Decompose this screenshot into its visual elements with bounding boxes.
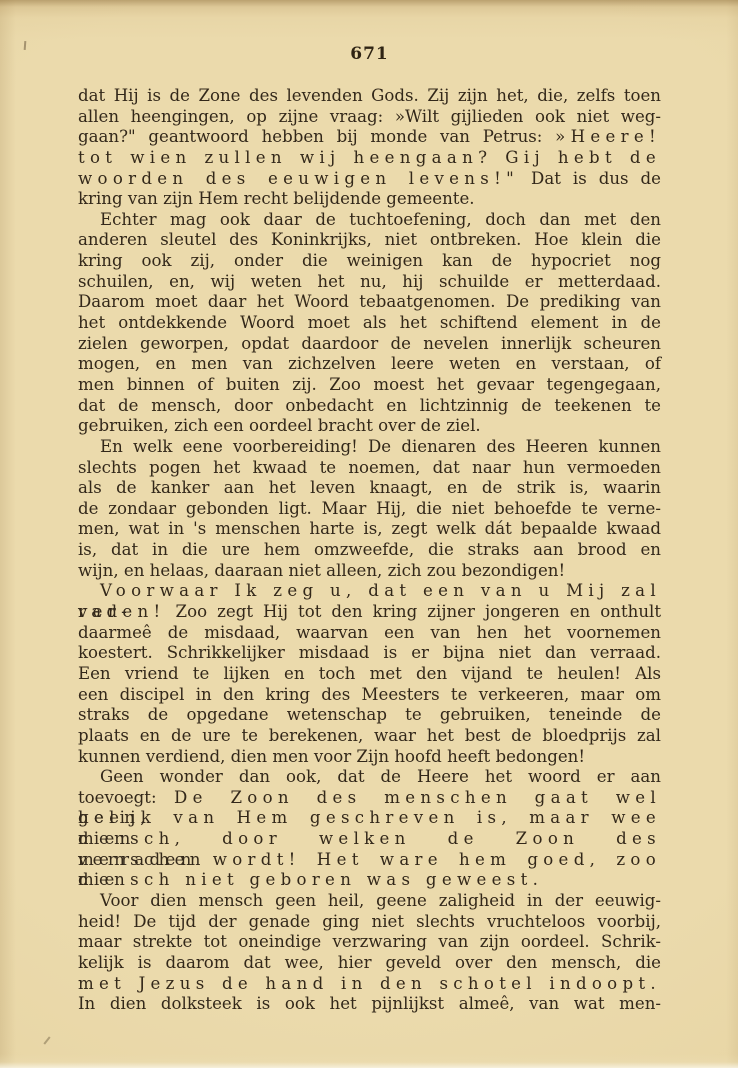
text-line: een discipel in den kring des Meesters t… (78, 685, 661, 706)
body-text: Daarom moet daar het Woord tebaatgenomen… (78, 292, 661, 311)
text-line: maar strekte tot oneindige verzwaring va… (78, 932, 661, 953)
scan-artifact (43, 1036, 50, 1044)
body-text: dat Hij is de Zone des levenden Gods. Zi… (78, 86, 661, 105)
text-line: kring van zijn Hem recht belijdende geme… (78, 189, 661, 210)
text-line: kring ook zij, onder die weinigen kan de… (78, 251, 661, 272)
text-line: dat Hij is de Zone des levenden Gods. Zi… (78, 86, 661, 107)
text-line: schuilen, en, wij weten het nu, hij schu… (78, 272, 661, 293)
body-text: zielen geworpen, opdat daardoor de nevel… (78, 334, 661, 353)
text-line: daarmeê de misdaad, waarvan een van hen … (78, 623, 661, 644)
text-line: Voorwaar Ik zeg u, dat een van u Mij zal… (78, 581, 661, 602)
text-line: En welk eene voorbereiding! De dienaren … (78, 437, 661, 458)
text-line: Geen wonder dan ook, dat de Heere het wo… (78, 767, 661, 788)
body-text: Geen wonder dan ook, dat de Heere het wo… (78, 767, 661, 786)
body-text: de zondaar gebonden ligt. Maar Hij, die … (78, 499, 661, 518)
body-text: het ontdekkende Woord moet als het schif… (78, 313, 661, 332)
body-text: men, wat in 's menschen harte is, zegt w… (78, 519, 661, 538)
emphasized-spaced-text: raden! (78, 602, 166, 621)
body-text: gebruiken, zich een oordeel bracht over … (78, 416, 481, 435)
body-text: mogen, en men van zichzelven leere weten… (78, 354, 661, 373)
text-line: is, dat in die ure hem omzweefde, die st… (78, 540, 661, 561)
page-number: 671 (78, 44, 661, 64)
text-line: Voor dien mensch geen heil, geene zaligh… (78, 891, 661, 912)
text-line: koestert. Schrikkelijker misdaad is er b… (78, 643, 661, 664)
body-text: een discipel in den kring des Meesters t… (78, 685, 661, 704)
body-text: allen heengingen, op zijne vraag: »Wilt … (78, 107, 661, 126)
text-line: gaan?" geantwoord hebben bij monde van P… (78, 127, 661, 148)
body-text: slechts pogen het kwaad te noemen, dat n… (78, 458, 661, 477)
body-text: Zoo zegt Hij tot den kring zijner jonger… (166, 602, 662, 621)
text-line: verraden wordt! Het ware hem goed, zoo d… (78, 850, 661, 871)
body-text: dat de mensch, door onbedacht en lichtzi… (78, 396, 661, 415)
body-text: straks de opgedane wetenschap te gebruik… (78, 705, 661, 724)
text-line: wijn, en helaas, daaraan niet alleen, zi… (78, 561, 661, 582)
body-text: In dien dolksteek is ook het pijnlijkst … (78, 994, 661, 1013)
text-line: de zondaar gebonden ligt. Maar Hij, die … (78, 499, 661, 520)
emphasized-spaced-text: tot wien zullen wij heengaan? Gij hebt d… (78, 148, 661, 167)
text-line: gebruiken, zich een oordeel bracht over … (78, 416, 661, 437)
text-line: dat de mensch, door onbedacht en lichtzi… (78, 396, 661, 417)
body-text: anderen sleutel des Koninkrijks, niet on… (78, 230, 661, 249)
text-block: dat Hij is de Zone des levenden Gods. Zi… (78, 86, 661, 1015)
text-line: gelijk van Hem geschreven is, maar wee d… (78, 808, 661, 829)
text-line: Daarom moet daar het Woord tebaatgenomen… (78, 292, 661, 313)
text-line: In dien dolksteek is ook het pijnlijkst … (78, 994, 661, 1015)
book-page: 671 dat Hij is de Zone des levenden Gods… (0, 0, 738, 1068)
text-line: het ontdekkende Woord moet als het schif… (78, 313, 661, 334)
emphasized-spaced-text: met Jezus de hand in den schotel indoopt… (78, 974, 661, 993)
body-text: maar strekte tot oneindige verzwaring va… (78, 932, 661, 951)
text-line: mogen, en men van zichzelven leere weten… (78, 354, 661, 375)
body-text: En welk eene voorbereiding! De dienaren … (78, 437, 661, 456)
text-line: toevoegt: De Zoon des menschen gaat wel … (78, 788, 661, 809)
body-text: gaan?" geantwoord hebben bij monde van P… (78, 127, 555, 146)
text-line: mensch niet geboren was geweest. (78, 870, 661, 891)
text-line: zielen geworpen, opdat daardoor de nevel… (78, 334, 661, 355)
text-line: Echter mag ook daar de tuchtoefening, do… (78, 210, 661, 231)
body-text: Voor dien mensch geen heil, geene zaligh… (78, 891, 661, 910)
body-text: plaats en de ure te berekenen, waar het … (78, 726, 661, 745)
text-line: allen heengingen, op zijne vraag: »Wilt … (78, 107, 661, 128)
text-line: anderen sleutel des Koninkrijks, niet on… (78, 230, 661, 251)
text-line: men binnen of buiten zij. Zoo moest het … (78, 375, 661, 396)
body-text: kelijk is daarom dat wee, hier geveld ov… (78, 953, 661, 972)
body-text: kring ook zij, onder die weinigen kan de… (78, 251, 661, 270)
text-line: raden! Zoo zegt Hij tot den kring zijner… (78, 602, 661, 623)
emphasized-spaced-text: woorden des eeuwigen levens!" (78, 169, 519, 188)
text-line: kunnen verdiend, dien men voor Zijn hoof… (78, 747, 661, 768)
body-text: toevoegt: (78, 788, 174, 807)
text-line: woorden des eeuwigen levens!" Dat is dus… (78, 169, 661, 190)
text-line: plaats en de ure te berekenen, waar het … (78, 726, 661, 747)
body-text: Dat is dus de (519, 169, 661, 188)
body-text: als de kanker aan het leven knaagt, en d… (78, 478, 661, 497)
body-text: daarmeê de misdaad, waarvan een van hen … (78, 623, 661, 642)
text-line: slechts pogen het kwaad te noemen, dat n… (78, 458, 661, 479)
emphasized-spaced-text: mensch niet geboren was geweest. (78, 870, 543, 889)
scan-artifact (24, 41, 27, 50)
text-line: men, wat in 's menschen harte is, zegt w… (78, 519, 661, 540)
body-text: men binnen of buiten zij. Zoo moest het … (78, 375, 661, 394)
text-line: mensch, door welken de Zoon des menschen (78, 829, 661, 850)
text-line: Een vriend te lijken en toch met den vij… (78, 664, 661, 685)
text-line: als de kanker aan het leven knaagt, en d… (78, 478, 661, 499)
body-text: kunnen verdiend, dien men voor Zijn hoof… (78, 747, 585, 766)
body-text: koestert. Schrikkelijker misdaad is er b… (78, 643, 661, 662)
text-line: kelijk is daarom dat wee, hier geveld ov… (78, 953, 661, 974)
text-line: met Jezus de hand in den schotel indoopt… (78, 974, 661, 995)
emphasized-spaced-text: »Heere! (555, 127, 661, 146)
body-text: is, dat in die ure hem omzweefde, die st… (78, 540, 661, 559)
body-text: wijn, en helaas, daaraan niet alleen, zi… (78, 561, 565, 580)
text-line: heid! De tijd der genade ging niet slech… (78, 912, 661, 933)
body-text: Echter mag ook daar de tuchtoefening, do… (78, 210, 661, 229)
text-line: straks de opgedane wetenschap te gebruik… (78, 705, 661, 726)
body-text: schuilen, en, wij weten het nu, hij schu… (78, 272, 661, 291)
text-line: tot wien zullen wij heengaan? Gij hebt d… (78, 148, 661, 169)
body-text: heid! De tijd der genade ging niet slech… (78, 912, 661, 931)
body-text: kring van zijn Hem recht belijdende geme… (78, 189, 475, 208)
body-text: Een vriend te lijken en toch met den vij… (78, 664, 661, 683)
